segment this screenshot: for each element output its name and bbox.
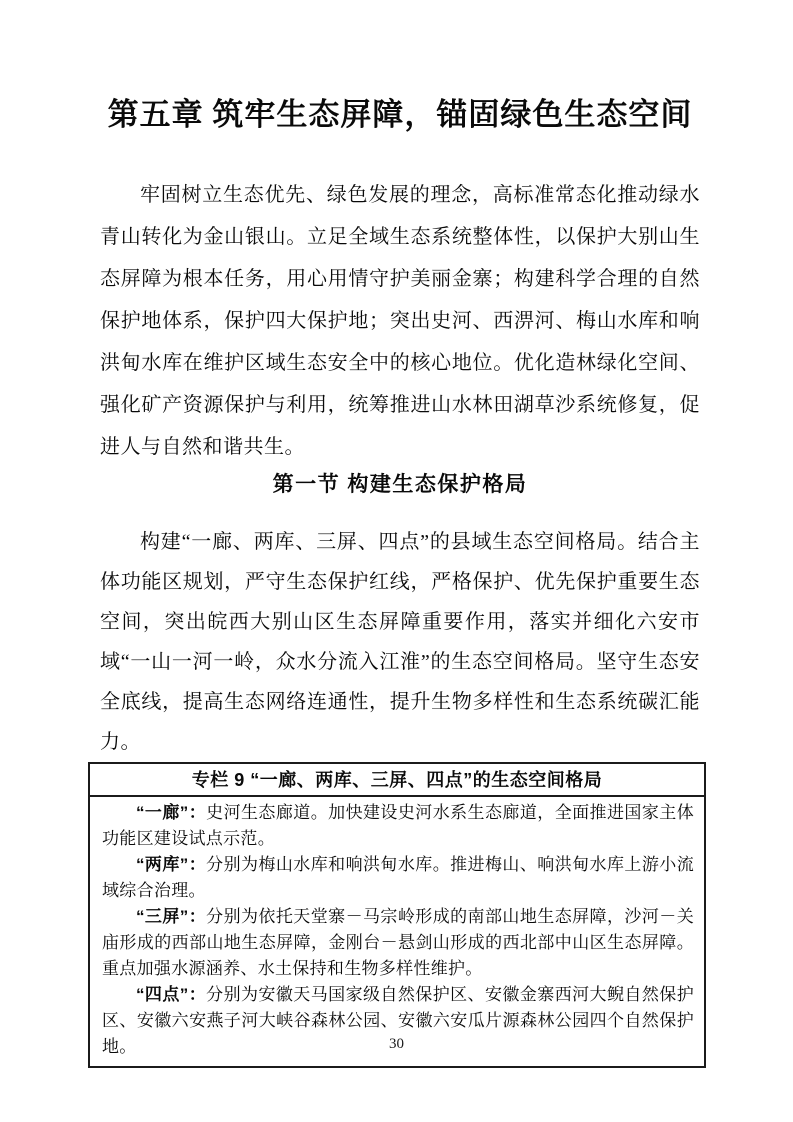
- box-item-term: “两库”：: [136, 855, 206, 874]
- feature-box-title: 专栏 9 “一廊、两库、三屏、四点”的生态空间格局: [90, 764, 704, 797]
- paragraph-intro: 牢固树立生态优先、绿色发展的理念，高标准常态化推动绿水青山转化为金山银山。立足全…: [100, 174, 700, 468]
- box-item-reservoirs: “两库”：分别为梅山水库和响洪甸水库。推进梅山、响洪甸水库上游小流域综合治理。: [102, 852, 694, 904]
- paragraph-section-body: 构建“一廊、两库、三屏、四点”的县域生态空间格局。结合主体功能区规划，严守生态保…: [100, 522, 700, 762]
- box-item-term: “四点”：: [136, 985, 206, 1004]
- section-title: 第一节 构建生态保护格局: [100, 468, 700, 502]
- document-page: 第五章 筑牢生态屏障，锚固绿色生态空间 牢固树立生态优先、绿色发展的理念，高标准…: [0, 0, 793, 1122]
- chapter-title: 第五章 筑牢生态屏障，锚固绿色生态空间: [100, 92, 700, 138]
- box-item-term: “三屏”：: [136, 907, 206, 926]
- feature-box: 专栏 9 “一廊、两库、三屏、四点”的生态空间格局 “一廊”：史河生态廊道。加快…: [88, 762, 706, 1068]
- feature-box-body: “一廊”：史河生态廊道。加快建设史河水系生态廊道，全面推进国家主体功能区建设试点…: [90, 797, 704, 1066]
- page-number: 30: [0, 1036, 793, 1053]
- box-item-term: “一廊”：: [136, 803, 206, 822]
- box-item-corridor: “一廊”：史河生态廊道。加快建设史河水系生态廊道，全面推进国家主体功能区建设试点…: [102, 800, 694, 852]
- box-item-barriers: “三屏”：分别为依托天堂寨－马宗岭形成的南部山地生态屏障，沙河－关庙形成的西部山…: [102, 904, 694, 982]
